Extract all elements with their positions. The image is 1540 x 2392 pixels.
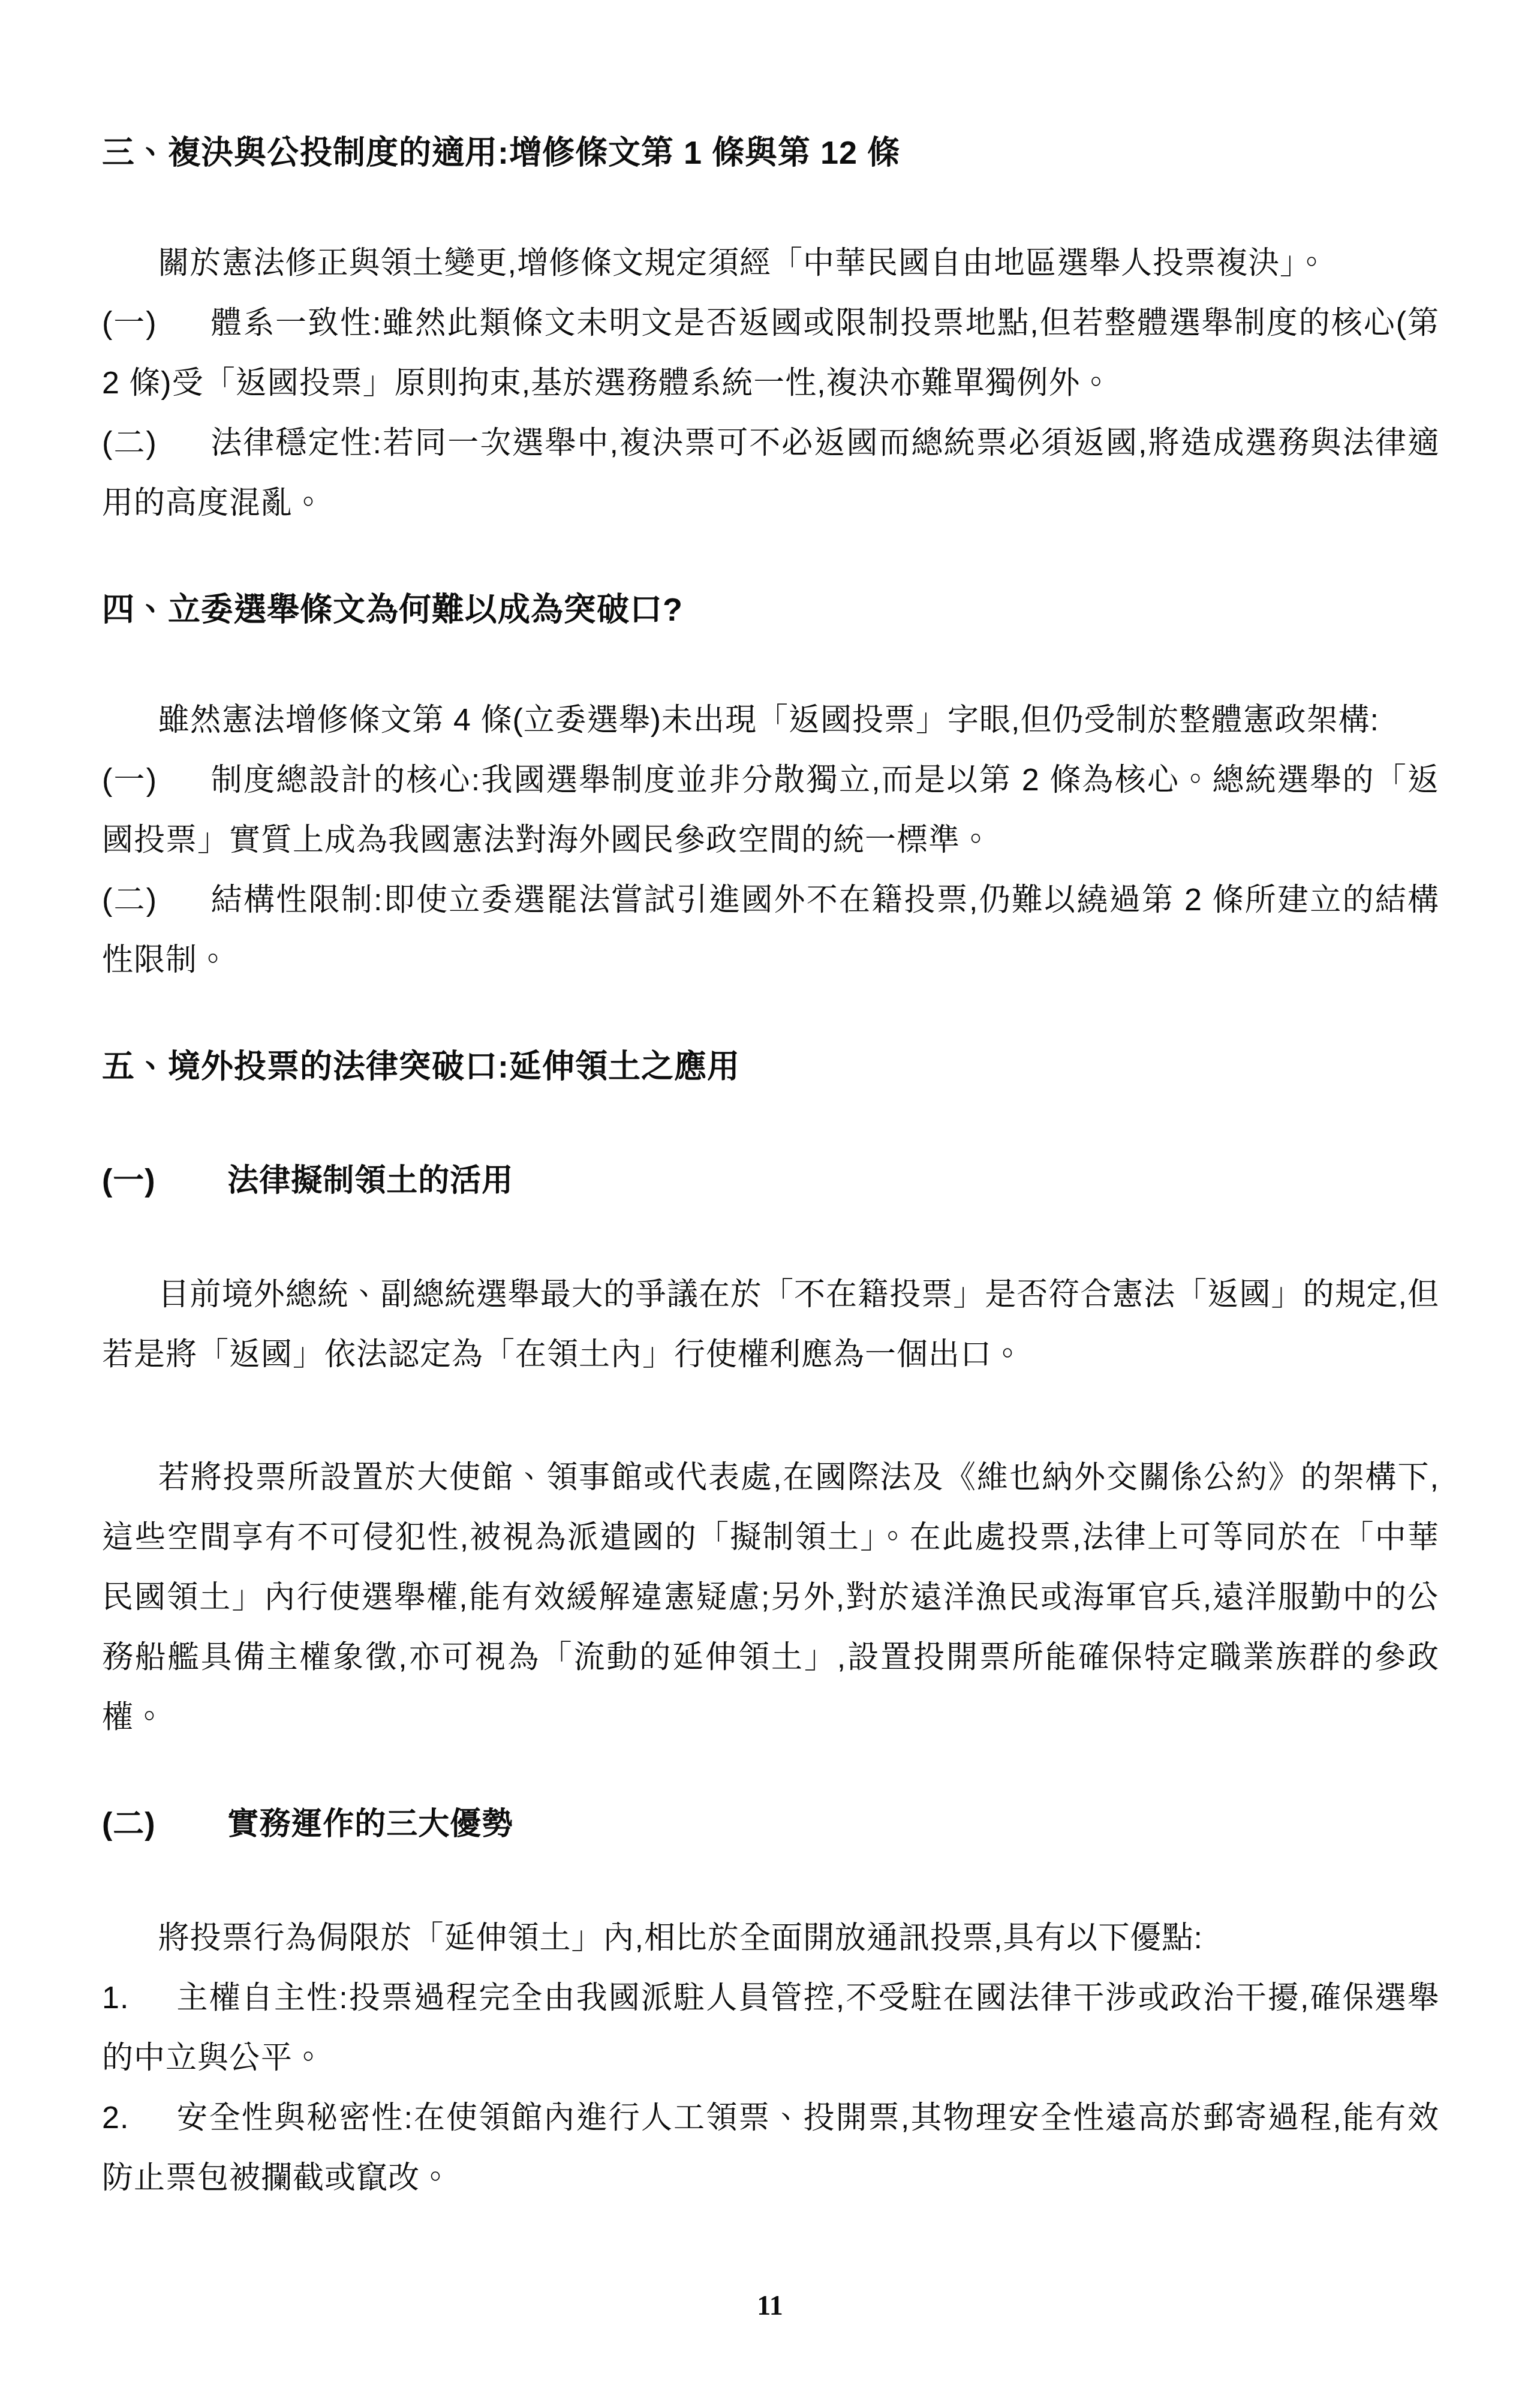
section-4-intro-paragraph: 雖然憲法增修條文第 4 條(立委選舉)未出現「返國投票」字眼,但仍受制於整體憲政… [102,690,1439,750]
section-5-paragraph-1: 目前境外總統、副總統選舉最大的爭議在於「不在籍投票」是否符合憲法「返國」的規定,… [102,1265,1439,1385]
subheading-label: (二) [102,1807,156,1842]
subheading-title: 法律擬制領土的活用 [227,1163,513,1198]
list-item-number: 1. [102,1981,129,2015]
list-item-text: 主權自主性:投票過程完全由我國派駐人員管控,不受駐在國法律干涉或政治干擾,確保選… [102,1981,1439,2075]
item-label: (一) [102,306,157,341]
item-label: (二) [102,883,157,917]
section-4-item-2: (二)結構性限制:即使立委選罷法嘗試引進國外不在籍投票,仍難以繞過第 2 條所建… [102,870,1439,990]
section-3-item-2: (二)法律穩定性:若同一次選舉中,複決票可不必返國而總統票必須返國,將造成選務與… [102,413,1439,533]
subheading-label: (一) [102,1163,156,1198]
section-5-subheading-1: (一)法律擬制領土的活用 [102,1151,1439,1211]
item-text: 結構性限制:即使立委選罷法嘗試引進國外不在籍投票,仍難以繞過第 2 條所建立的結… [102,883,1439,977]
section-5-paragraph-3: 將投票行為侷限於「延伸領土」內,相比於全面開放通訊投票,具有以下優點: [102,1908,1439,1968]
document-page: 三、複決與公投制度的適用:增修條文第 1 條與第 12 條 關於憲法修正與領土變… [0,0,1540,2392]
section-5-subheading-2: (二)實務運作的三大優勢 [102,1794,1439,1854]
item-text: 體系一致性:雖然此類條文未明文是否返國或限制投票地點,但若整體選舉制度的核心(第… [102,306,1439,401]
section-5-paragraph-2: 若將投票所設置於大使館、領事館或代表處,在國際法及《維也納外交關係公約》的架構下… [102,1448,1439,1747]
list-item: 2.安全性與秘密性:在使領館內進行人工領票、投開票,其物理安全性遠高於郵寄過程,… [102,2088,1439,2208]
section-3-intro-paragraph: 關於憲法修正與領土變更,增修條文規定須經「中華民國自由地區選舉人投票複決」。 [102,233,1439,293]
item-label: (一) [102,763,157,798]
item-text: 制度總設計的核心:我國選舉制度並非分散獨立,而是以第 2 條為核心。總統選舉的「… [102,763,1439,857]
document-body: 三、複決與公投制度的適用:增修條文第 1 條與第 12 條 關於憲法修正與領土變… [0,0,1540,2208]
list-item: 1.主權自主性:投票過程完全由我國派駐人員管控,不受駐在國法律干涉或政治干擾,確… [102,1968,1439,2088]
section-3-heading: 三、複決與公投制度的適用:增修條文第 1 條與第 12 條 [102,123,1439,183]
section-4-heading: 四、立委選舉條文為何難以成為突破口? [102,580,1439,640]
item-text: 法律穩定性:若同一次選舉中,複決票可不必返國而總統票必須返國,將造成選務與法律適… [102,426,1439,520]
list-item-text: 安全性與秘密性:在使領館內進行人工領票、投開票,其物理安全性遠高於郵寄過程,能有… [102,2101,1439,2195]
item-label: (二) [102,426,157,461]
page-number: 11 [0,2289,1540,2321]
list-item-number: 2. [102,2101,129,2135]
section-4-item-1: (一)制度總設計的核心:我國選舉制度並非分散獨立,而是以第 2 條為核心。總統選… [102,750,1439,870]
section-5-heading: 五、境外投票的法律突破口:延伸領土之應用 [102,1037,1439,1097]
subheading-title: 實務運作的三大優勢 [227,1807,513,1842]
section-3-item-1: (一)體系一致性:雖然此類條文未明文是否返國或限制投票地點,但若整體選舉制度的核… [102,293,1439,413]
